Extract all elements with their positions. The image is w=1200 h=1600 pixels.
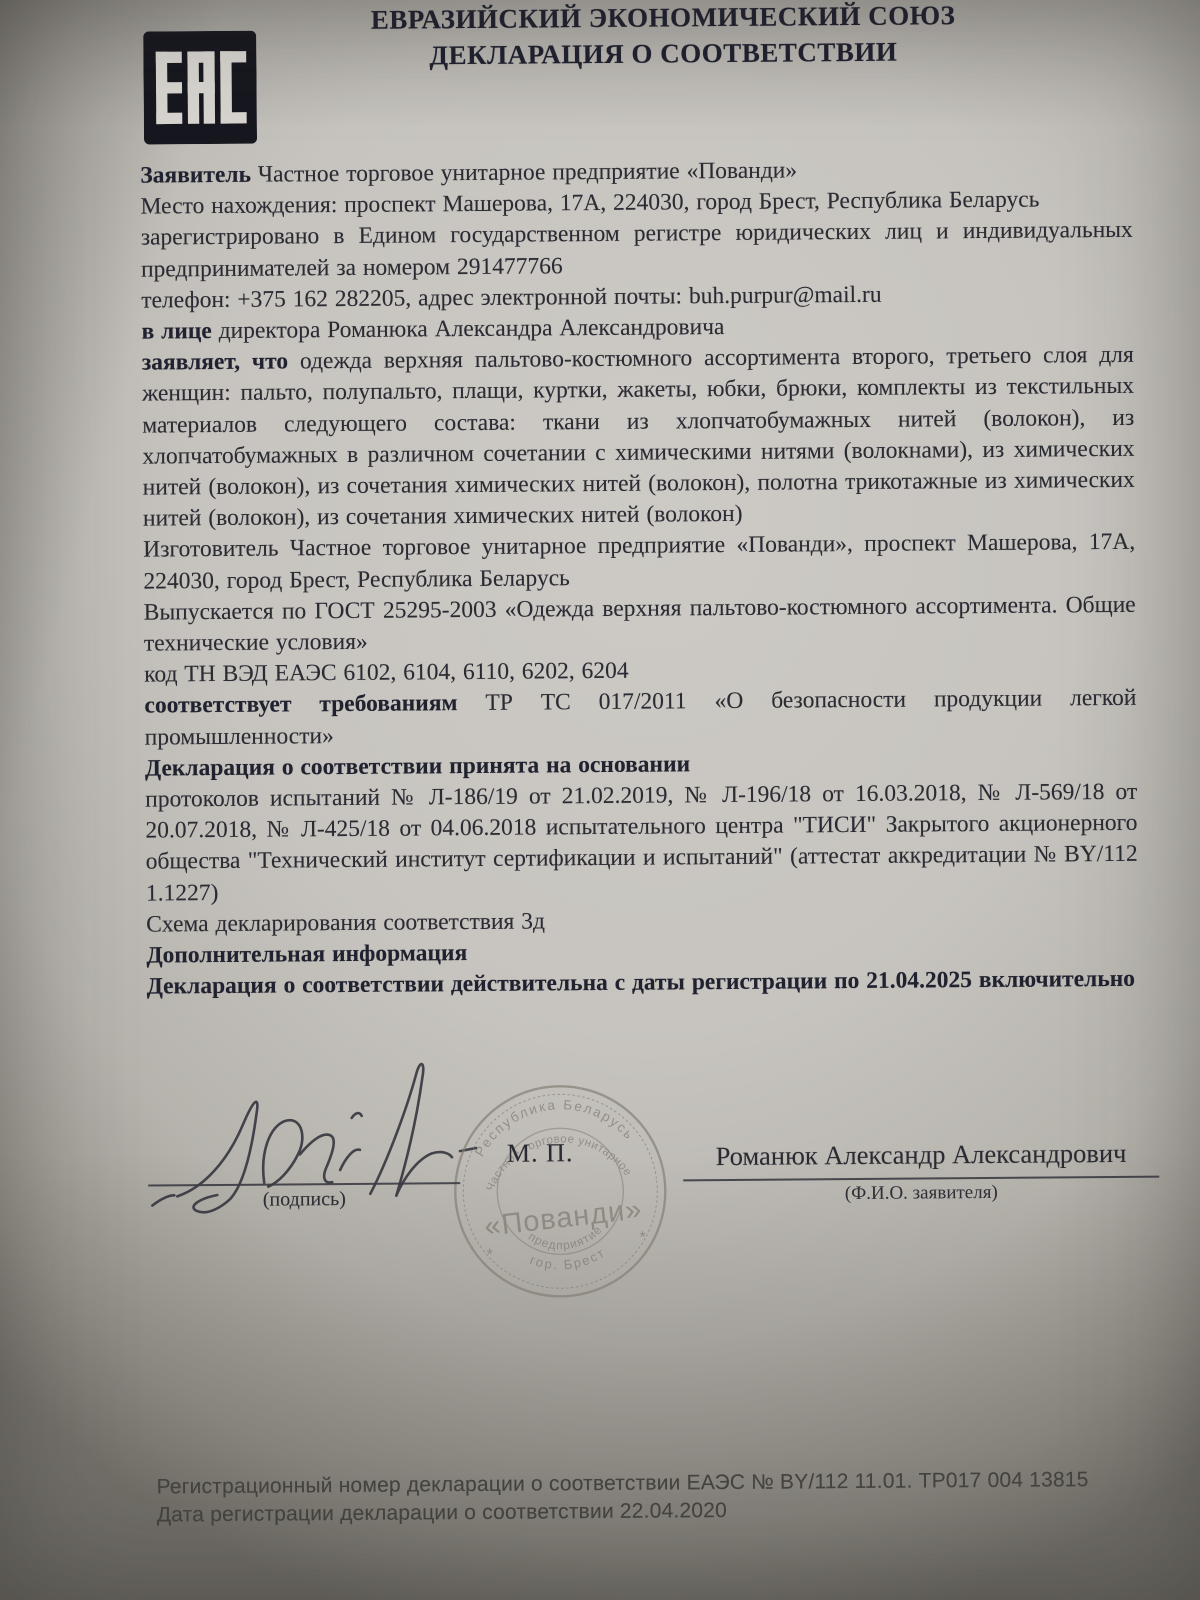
stamp-star-right: * bbox=[639, 1229, 647, 1247]
paragraph-validity: Декларация о соответствии действительна … bbox=[147, 964, 1139, 1003]
label-conforms: соответствует требованиям bbox=[144, 691, 457, 719]
eac-logo-icon bbox=[143, 31, 257, 145]
applicant-full-name: Романюк Александр Александрович bbox=[683, 1138, 1159, 1173]
signature-caption: (подпись) bbox=[148, 1187, 460, 1212]
stamp-company-name: «Пованди» bbox=[483, 1193, 644, 1243]
registration-footer: Регистрационный номер декларации о соотв… bbox=[156, 1466, 1156, 1530]
label-in-person: в лице bbox=[141, 318, 211, 345]
declaration-page: ЕВРАЗИЙСКИЙ ЭКОНОМИЧЕСКИЙ СОЮЗ ДЕКЛАРАЦИ… bbox=[0, 0, 1200, 1600]
paragraph-protocols: протоколов испытаний № Л-186/19 от 21.02… bbox=[145, 777, 1138, 910]
paragraph-manufacturer: Изготовитель Частное торговое унитарное … bbox=[143, 527, 1135, 597]
document-photo: ЕВРАЗИЙСКИЙ ЭКОНОМИЧЕСКИЙ СОЮЗ ДЕКЛАРАЦИ… bbox=[0, 0, 1200, 1600]
company-round-stamp: Республика Беларусь Частное торговое уни… bbox=[450, 1081, 670, 1301]
label-declares: заявляет, что bbox=[142, 349, 289, 376]
stamp-star-left: * bbox=[486, 1246, 494, 1264]
paragraph-gost: Выпускается по ГОСТ 25295-2003 «Одежда в… bbox=[144, 590, 1136, 660]
title-line-declaration: ДЕКЛАРАЦИЯ О СООТВЕТСТВИИ bbox=[263, 32, 1063, 74]
paragraph-conforms: соответствует требованиям ТР ТС 017/2011… bbox=[144, 683, 1136, 753]
title-line-union: ЕВРАЗИЙСКИЙ ЭКОНОМИЧЕСКИЙ СОЮЗ bbox=[263, 0, 1063, 39]
paragraph-declares: заявляет, что одежда верхняя пальтово-ко… bbox=[142, 340, 1135, 535]
label-applicant: Заявитель bbox=[140, 162, 251, 189]
paragraph-registration: зарегистрировано в Едином государственно… bbox=[141, 215, 1133, 285]
name-caption: (Ф.И.О. заявителя) bbox=[683, 1181, 1159, 1207]
declaration-body: Заявитель Частное торговое унитарное пре… bbox=[140, 153, 1139, 1003]
document-title: ЕВРАЗИЙСКИЙ ЭКОНОМИЧЕСКИЙ СОЮЗ ДЕКЛАРАЦИ… bbox=[263, 0, 1064, 75]
stamp-place-label: М. П. bbox=[507, 1138, 574, 1169]
